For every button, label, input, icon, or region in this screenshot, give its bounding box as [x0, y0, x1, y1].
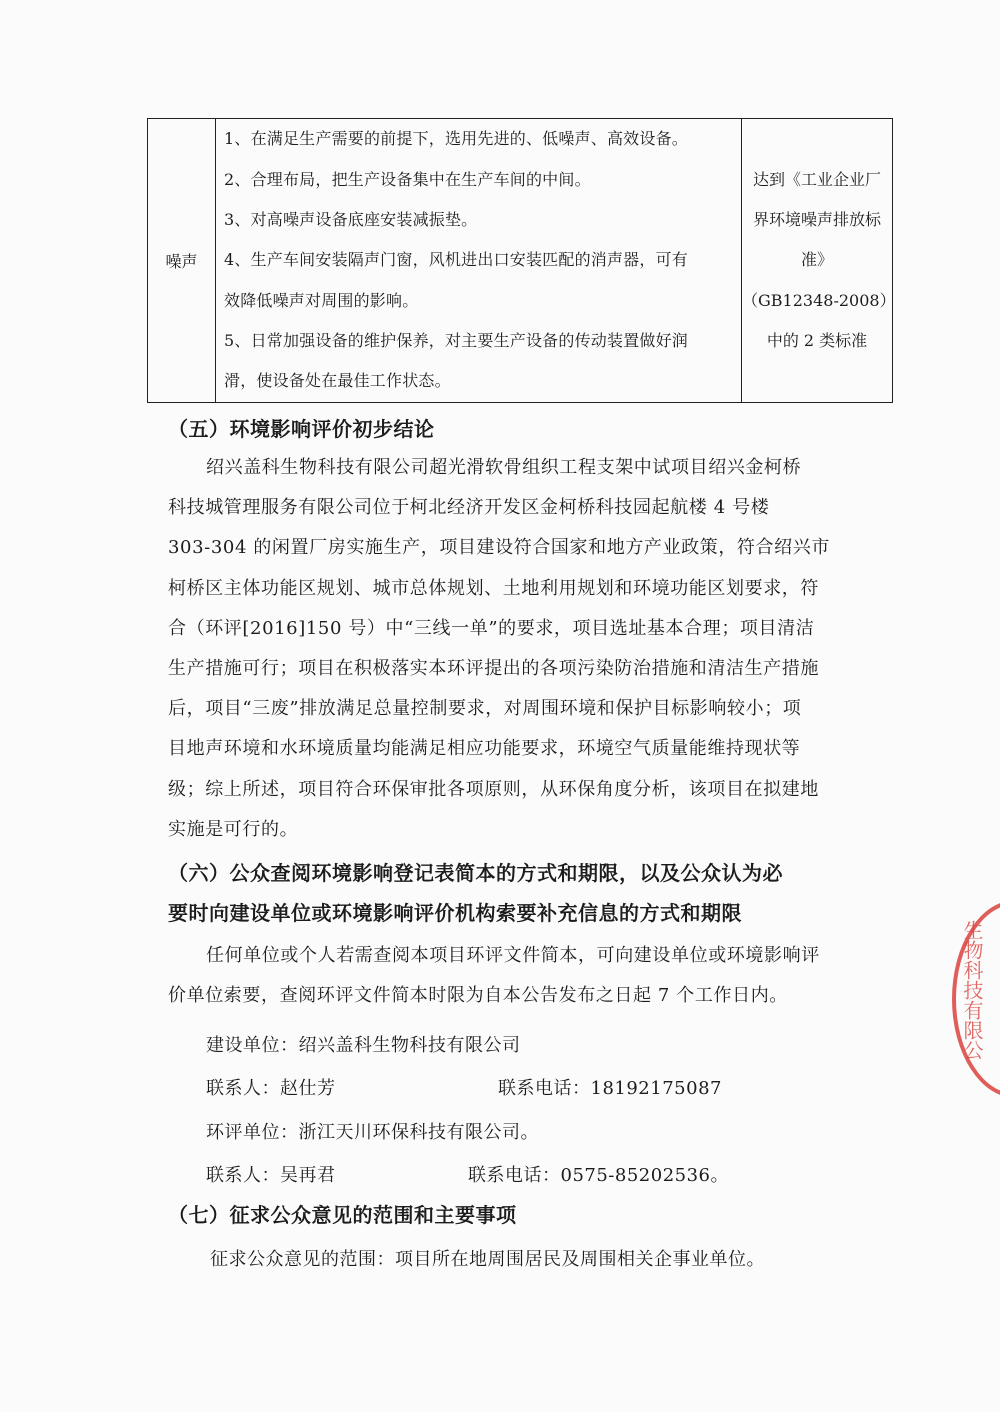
eia-phone: 联系电话：0575-85202536。: [468, 1161, 729, 1187]
para-line: 科技城管理服务有限公司位于柯北经济开发区金柯桥科技园起航楼 4 号楼: [168, 488, 865, 528]
builder-contact: 联系人：赵仕芳: [206, 1074, 336, 1100]
section6-heading-line2: 要时向建设单位或环境影响评价机构索要补充信息的方式和期限: [168, 897, 742, 926]
para-line: 实施是可行的。: [168, 810, 865, 850]
para-line: 后，项目“三废”排放满足总量控制要求，对周围环境和保护目标影响较小；项: [168, 689, 865, 729]
para-line: 目地声环境和水环境质量均能满足相应功能要求，环境空气质量能维持现状等: [168, 729, 865, 769]
para-line: 级；综上所述，项目符合环保审批各项原则，从环保角度分析，该项目在拟建地: [168, 770, 865, 810]
measure-line: 1、在满足生产需要的前提下，选用先进的、低噪声、高效设备。: [224, 119, 741, 159]
standard-line: 达到《工业企业厂: [742, 160, 892, 200]
para-line: 绍兴盖科生物科技有限公司超光滑软骨组织工程支架中试项目绍兴金柯桥: [168, 448, 865, 488]
para-line: 合（环评[2016]150 号）中“三线一单”的要求，项目选址基本合理；项目清洁: [168, 609, 865, 649]
measure-line: 4、生产车间安装隔声门窗，风机进出口安装匹配的消声器，可有: [224, 240, 741, 280]
para-line: 303-304 的闲置厂房实施生产，项目建设符合国家和地方产业政策，符合绍兴市: [168, 528, 865, 568]
builder-phone: 联系电话：18192175087: [498, 1074, 722, 1100]
para-line: 任何单位或个人若需查阅本项目环评文件简本，可向建设单位或环境影响评: [168, 936, 865, 976]
builder-unit: 建设单位：绍兴盖科生物科技有限公司: [206, 1031, 521, 1057]
standard-cell: 达到《工业企业厂 界环境噪声排放标 准》 （GB12348-2008） 中的 2…: [742, 119, 893, 403]
para-line: 柯桥区主体功能区规划、城市总体规划、土地利用规划和环境功能区划要求，符: [168, 569, 865, 609]
standard-line: 准》: [742, 240, 892, 280]
measure-line: 滑，使设备处在最佳工作状态。: [224, 361, 741, 401]
section7-scope: 征求公众意见的范围：项目所在地周围居民及周围相关企事业单位。: [210, 1245, 765, 1271]
section6-paragraph: 任何单位或个人若需查阅本项目环评文件简本，可向建设单位或环境影响评 价单位索要，…: [168, 936, 865, 1016]
noise-measures-table: 噪声 1、在满足生产需要的前提下，选用先进的、低噪声、高效设备。 2、合理布局，…: [147, 118, 893, 403]
measures-cell: 1、在满足生产需要的前提下，选用先进的、低噪声、高效设备。 2、合理布局，把生产…: [216, 119, 742, 403]
category-cell: 噪声: [148, 119, 216, 403]
para-line: 生产措施可行；项目在积极落实本环评提出的各项污染防治措施和清洁生产措施: [168, 649, 865, 689]
seal-text: 生物科技有限公: [958, 920, 987, 1060]
standard-line: 界环境噪声排放标: [742, 200, 892, 240]
measure-line: 5、日常加强设备的维护保养，对主要生产设备的传动装置做好润: [224, 321, 741, 361]
eia-unit: 环评单位：浙江天川环保科技有限公司。: [206, 1118, 539, 1144]
section6-heading-line1: （六）公众查阅环境影响登记表简本的方式和期限，以及公众认为必: [168, 857, 783, 886]
document-page: 噪声 1、在满足生产需要的前提下，选用先进的、低噪声、高效设备。 2、合理布局，…: [0, 0, 1000, 1412]
section7-heading: （七）征求公众意见的范围和主要事项: [168, 1199, 517, 1228]
measure-line: 效降低噪声对周围的影响。: [224, 281, 741, 321]
standard-line: 中的 2 类标准: [742, 321, 892, 361]
measure-line: 3、对高噪声设备底座安装减振垫。: [224, 200, 741, 240]
eia-contact: 联系人：吴再君: [206, 1161, 336, 1187]
measure-line: 2、合理布局，把生产设备集中在生产车间的中间。: [224, 160, 741, 200]
standard-line: （GB12348-2008）: [742, 281, 892, 321]
section5-heading: （五）环境影响评价初步结论: [168, 413, 435, 442]
section5-paragraph: 绍兴盖科生物科技有限公司超光滑软骨组织工程支架中试项目绍兴金柯桥 科技城管理服务…: [168, 448, 865, 850]
para-line: 价单位索要，查阅环评文件简本时限为自本公告发布之日起 7 个工作日内。: [168, 976, 865, 1016]
